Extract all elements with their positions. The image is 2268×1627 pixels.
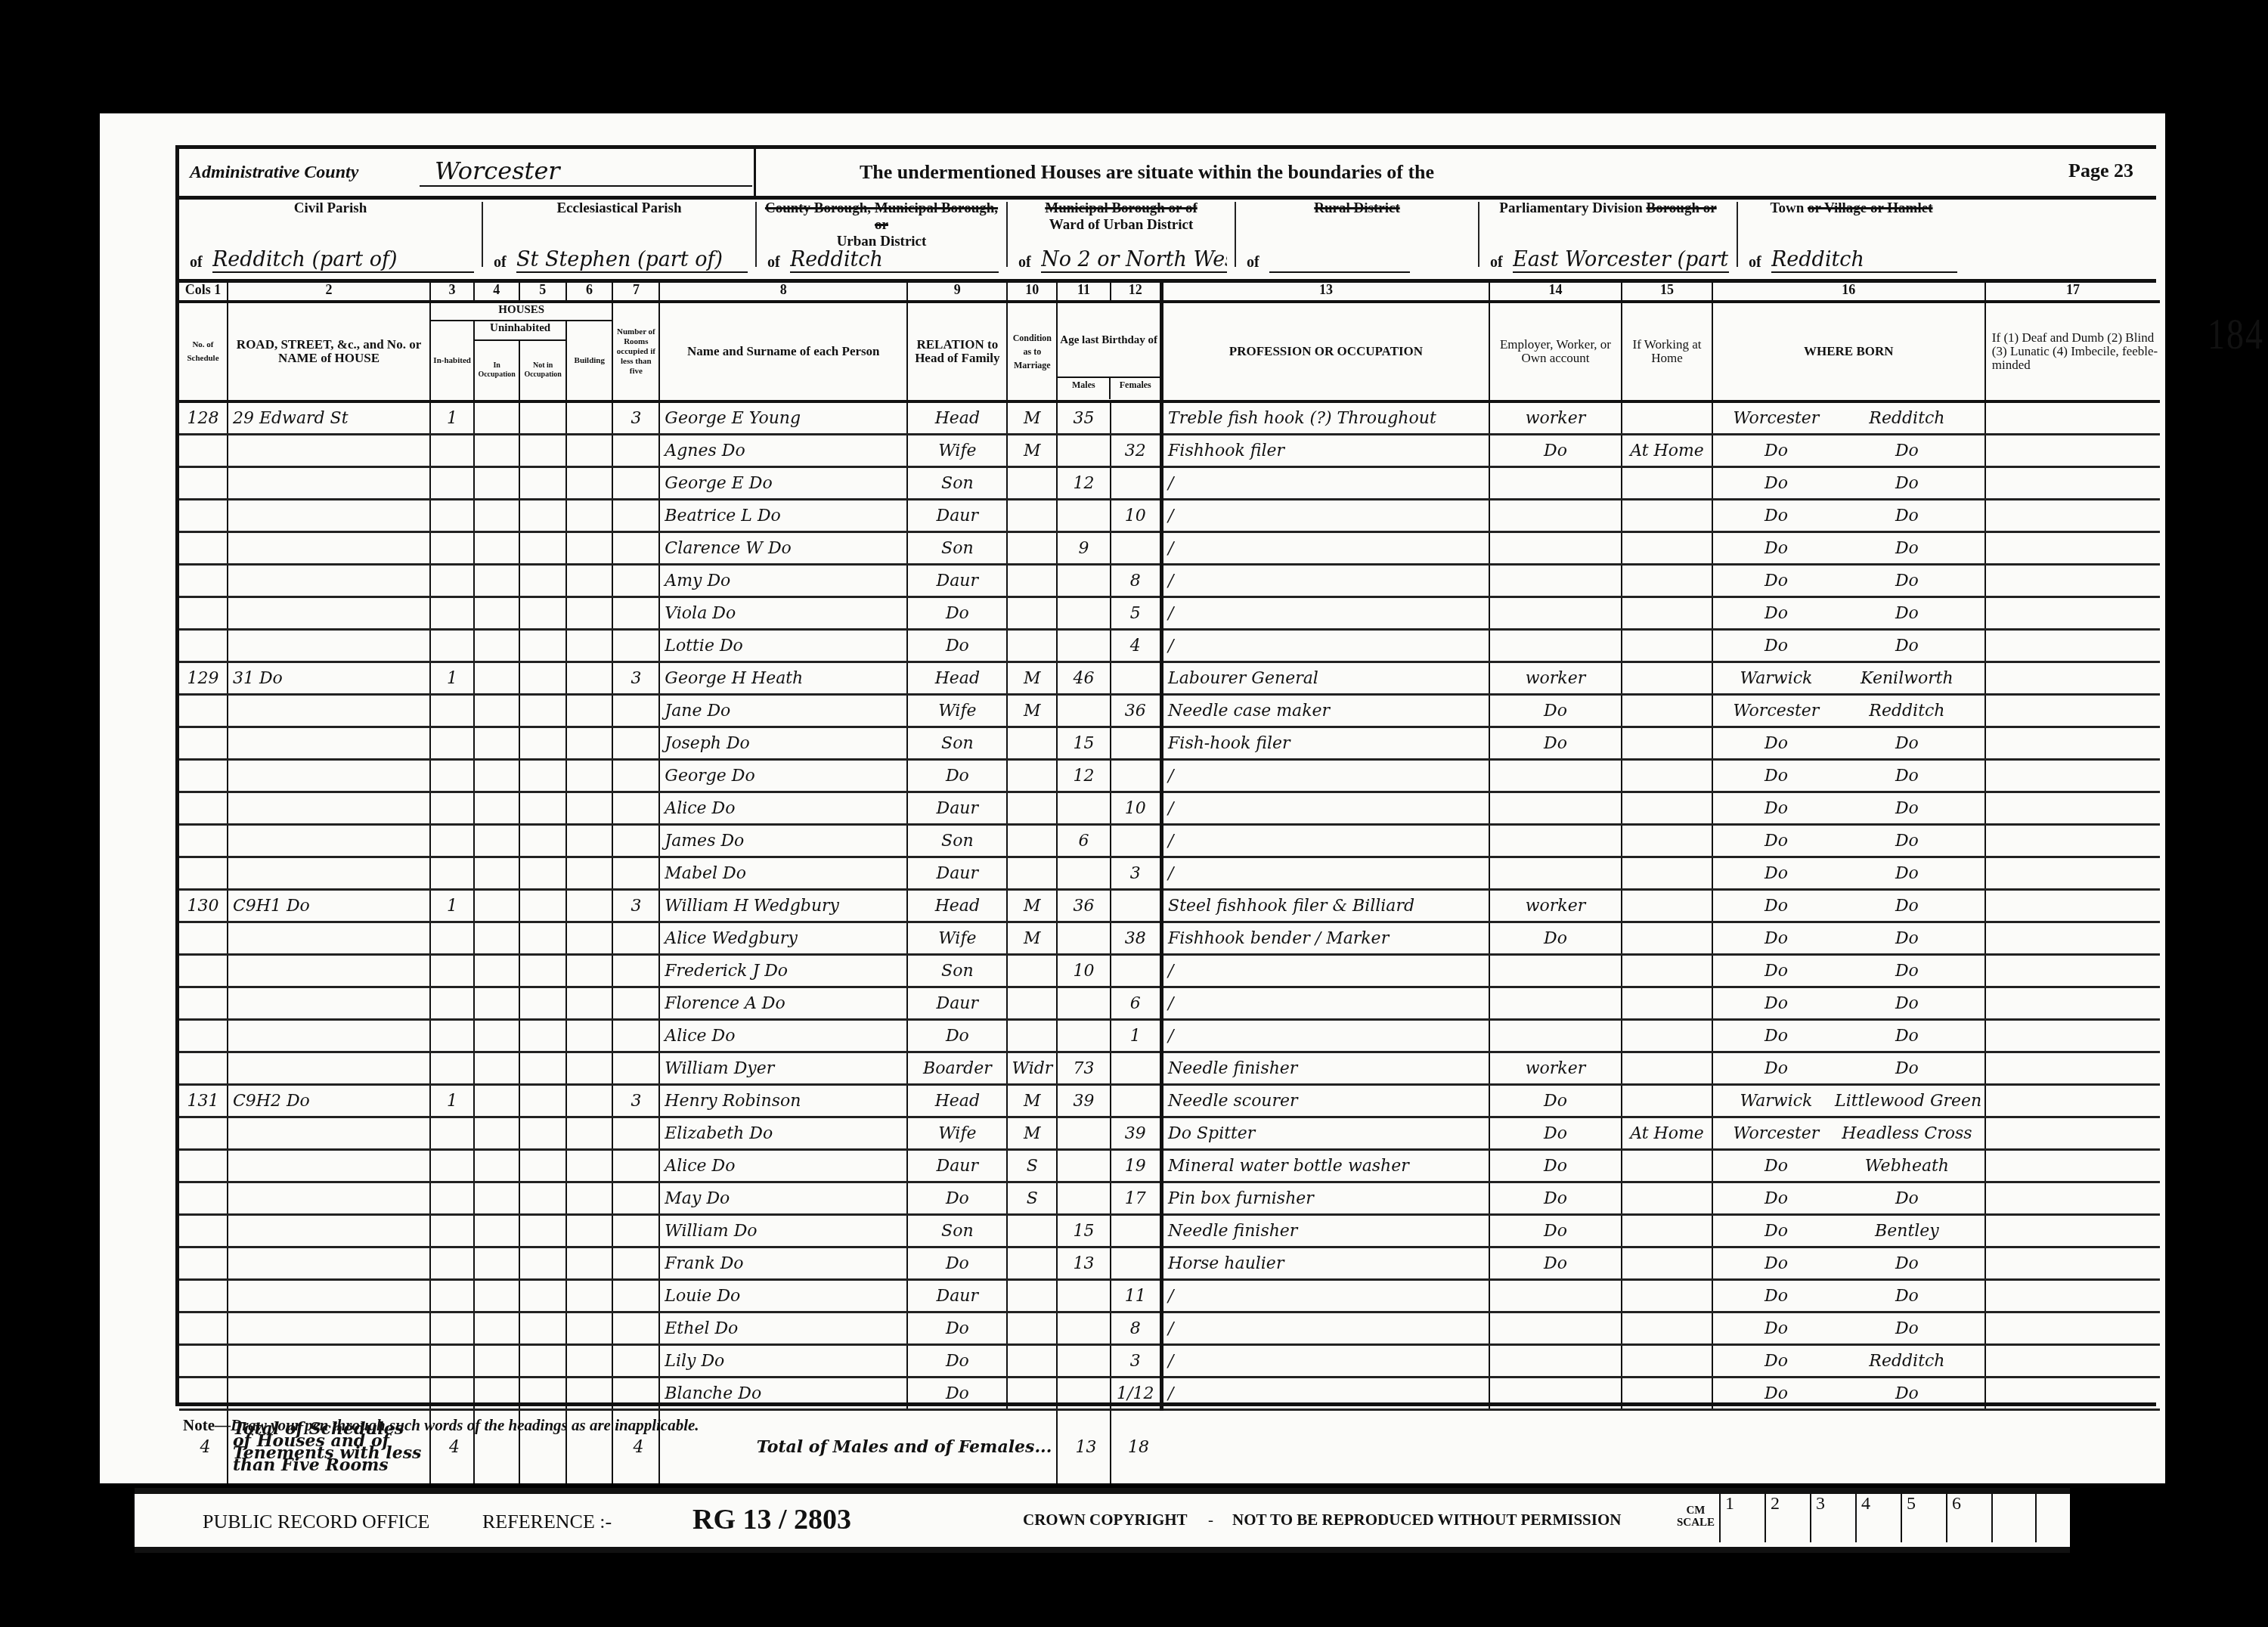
urban-district: County Borough, Municipal Borough, orUrb… — [757, 196, 1006, 279]
building — [566, 890, 613, 922]
in-occupation — [474, 467, 519, 500]
building — [566, 1280, 613, 1312]
born-place: Do — [1835, 962, 1979, 981]
form-header: Administrative County Worcester The unde… — [179, 149, 2156, 200]
not-in-occupation — [519, 1020, 566, 1052]
building — [566, 1378, 613, 1410]
male-age: 15 — [1057, 1215, 1110, 1247]
employment-status — [1489, 825, 1622, 857]
column-number: 17 — [1985, 279, 2160, 302]
employment-status: Do — [1489, 1247, 1622, 1280]
relation: Wife — [907, 922, 1007, 955]
occupation: Fishhook filer — [1162, 435, 1489, 467]
inhabited-count — [430, 695, 474, 727]
male-age: 12 — [1057, 760, 1110, 792]
person-name: Alice Do — [659, 792, 907, 825]
address — [228, 1345, 430, 1378]
male-age: 35 — [1057, 401, 1110, 435]
rooms-count — [612, 727, 659, 760]
marital-condition — [1007, 500, 1057, 532]
where-born: DoDo — [1712, 435, 1985, 467]
where-born: DoDo — [1712, 597, 1985, 630]
address — [228, 1182, 430, 1215]
occupation: / — [1162, 467, 1489, 500]
inhabited-count — [430, 532, 474, 565]
address — [228, 760, 430, 792]
employment-status — [1489, 565, 1622, 597]
rooms-count — [612, 597, 659, 630]
address — [228, 857, 430, 890]
female-age — [1111, 467, 1162, 500]
building — [566, 727, 613, 760]
infirmity — [1985, 857, 2160, 890]
relation: Son — [907, 955, 1007, 987]
schedule-number — [179, 1280, 228, 1312]
person-row: James DoSon6/DoDo — [179, 825, 2160, 857]
building — [566, 792, 613, 825]
born-county: Do — [1718, 929, 1835, 948]
in-occupation — [474, 662, 519, 695]
address — [228, 1247, 430, 1280]
header-in-occupation: In Occupation — [475, 341, 520, 400]
born-county: Do — [1718, 962, 1835, 981]
area-value — [1269, 271, 1410, 273]
female-age — [1111, 955, 1162, 987]
address — [228, 792, 430, 825]
in-occupation — [474, 630, 519, 662]
schedule-number — [179, 532, 228, 565]
address — [228, 1052, 430, 1085]
infirmity — [1985, 500, 2160, 532]
working-at-home — [1622, 500, 1712, 532]
column-number: 6 — [566, 279, 613, 302]
relation: Do — [907, 1182, 1007, 1215]
working-at-home — [1622, 630, 1712, 662]
where-born: DoDo — [1712, 1052, 1985, 1085]
employment-status — [1489, 630, 1622, 662]
born-place: Do — [1835, 637, 1979, 655]
born-county: Worcester — [1718, 1124, 1835, 1143]
infirmity — [1985, 1117, 2160, 1150]
header-inhabited: In-habited — [431, 321, 475, 400]
female-age — [1111, 1052, 1162, 1085]
struck-heading: Municipal Borough or of — [1045, 200, 1197, 216]
female-age — [1111, 662, 1162, 695]
where-born: DoDo — [1712, 1312, 1985, 1345]
schedule-number — [179, 1020, 228, 1052]
occupation: Treble fish hook (?) Throughout — [1162, 401, 1489, 435]
born-place: Do — [1835, 474, 1979, 493]
marital-condition — [1007, 825, 1057, 857]
inhabited-count — [430, 435, 474, 467]
infirmity — [1985, 1052, 2160, 1085]
header-infirmity: If (1) Deaf and Dumb (2) Blind (3) Lunat… — [1985, 302, 2160, 401]
inhabited-count — [430, 760, 474, 792]
where-born: DoWebheath — [1712, 1150, 1985, 1182]
rooms-count: 3 — [612, 1085, 659, 1117]
working-at-home: At Home — [1622, 1117, 1712, 1150]
born-county: Worcester — [1718, 409, 1835, 428]
in-occupation — [474, 695, 519, 727]
occupation: / — [1162, 825, 1489, 857]
employment-status — [1489, 1312, 1622, 1345]
not-in-occupation — [519, 695, 566, 727]
female-age — [1111, 401, 1162, 435]
building — [566, 1215, 613, 1247]
in-occupation — [474, 825, 519, 857]
infirmity — [1985, 1085, 2160, 1117]
person-name: Agnes Do — [659, 435, 907, 467]
male-age — [1057, 857, 1110, 890]
rooms-count — [612, 500, 659, 532]
person-row: Elizabeth DoWifeM39Do SpitterDoAt HomeWo… — [179, 1117, 2160, 1150]
column-number: 15 — [1622, 279, 1712, 302]
working-at-home — [1622, 857, 1712, 890]
area-heading: Town or Village or Hamlet — [1738, 200, 1965, 217]
in-occupation — [474, 401, 519, 435]
schedule-number: 131 — [179, 1085, 228, 1117]
in-occupation — [474, 1182, 519, 1215]
born-place: Do — [1835, 799, 1979, 818]
relation: Do — [907, 1312, 1007, 1345]
born-county: Do — [1718, 507, 1835, 525]
male-age: 46 — [1057, 662, 1110, 695]
schedule-number — [179, 857, 228, 890]
employment-status — [1489, 955, 1622, 987]
area-heading-text: Ward of Urban District — [1049, 217, 1194, 233]
male-age — [1057, 500, 1110, 532]
person-name: Frank Do — [659, 1247, 907, 1280]
in-occupation — [474, 727, 519, 760]
male-age: 73 — [1057, 1052, 1110, 1085]
person-name: George H Heath — [659, 662, 907, 695]
female-age: 11 — [1111, 1280, 1162, 1312]
scale-mark — [1991, 1494, 2037, 1542]
rooms-count — [612, 1052, 659, 1085]
person-row: Joseph DoSon15Fish-hook filerDoDoDo — [179, 727, 2160, 760]
born-place: Littlewood Green — [1835, 1092, 1979, 1111]
occupation: Labourer General — [1162, 662, 1489, 695]
working-at-home — [1622, 532, 1712, 565]
relation: Do — [907, 1378, 1007, 1410]
rooms-count: 3 — [612, 662, 659, 695]
schedule-number — [179, 1345, 228, 1378]
occupation: Steel fishhook filer & Billiard — [1162, 890, 1489, 922]
inhabited-count: 1 — [430, 401, 474, 435]
person-row: Alice WedgburyWifeM38Fishhook bender / M… — [179, 922, 2160, 955]
building — [566, 857, 613, 890]
where-born: DoDo — [1712, 760, 1985, 792]
schedule-number — [179, 1247, 228, 1280]
occupation: / — [1162, 1345, 1489, 1378]
relation: Wife — [907, 435, 1007, 467]
header-houses: HOUSES In-habited Uninhabited In Occupat… — [430, 302, 612, 401]
born-county: Do — [1718, 572, 1835, 590]
born-county: Do — [1718, 442, 1835, 460]
female-age: 5 — [1111, 597, 1162, 630]
not-in-occupation — [519, 1085, 566, 1117]
admin-county-value: Worcester — [420, 157, 752, 187]
person-name: Lily Do — [659, 1345, 907, 1378]
born-county: Do — [1718, 1287, 1835, 1306]
relation: Son — [907, 1215, 1007, 1247]
infirmity — [1985, 1345, 2160, 1378]
column-number: 2 — [228, 279, 430, 302]
female-age: 39 — [1111, 1117, 1162, 1150]
where-born: DoDo — [1712, 825, 1985, 857]
working-at-home — [1622, 922, 1712, 955]
building — [566, 987, 613, 1020]
scale-mark: 2 — [1765, 1494, 1810, 1542]
female-age — [1111, 1215, 1162, 1247]
building — [566, 1345, 613, 1378]
of-label: of — [1490, 254, 1503, 271]
person-row: Viola DoDo5/DoDo — [179, 597, 2160, 630]
relation: Head — [907, 401, 1007, 435]
not-in-occupation — [519, 727, 566, 760]
inhabited-count — [430, 857, 474, 890]
inhabited-count — [430, 922, 474, 955]
infirmity — [1985, 1280, 2160, 1312]
building — [566, 825, 613, 857]
not-in-occupation — [519, 401, 566, 435]
marital-condition: M — [1007, 890, 1057, 922]
infirmity — [1985, 1215, 2160, 1247]
civil-parish: Civil Parish of Redditch (part of) — [179, 196, 482, 279]
person-name: Joseph Do — [659, 727, 907, 760]
male-age — [1057, 435, 1110, 467]
header-occupation: PROFESSION OR OCCUPATION — [1162, 302, 1489, 401]
person-row: May DoDoS17Pin box furnisherDoDoDo — [179, 1182, 2160, 1215]
header-relation: RELATION to Head of Family — [907, 302, 1007, 401]
schedule-number — [179, 630, 228, 662]
infirmity — [1985, 727, 2160, 760]
area-value: Redditch (part of) — [212, 248, 474, 273]
area-heading: Civil Parish — [179, 200, 482, 217]
header-building: Building — [567, 321, 612, 400]
schedule-number — [179, 1150, 228, 1182]
building — [566, 630, 613, 662]
rooms-count — [612, 565, 659, 597]
in-occupation — [474, 792, 519, 825]
totals-blank — [1162, 1410, 2160, 1484]
person-name: Beatrice L Do — [659, 500, 907, 532]
marital-condition: S — [1007, 1150, 1057, 1182]
address: 31 Do — [228, 662, 430, 695]
person-name: Jane Do — [659, 695, 907, 727]
address — [228, 532, 430, 565]
building — [566, 1312, 613, 1345]
female-age: 10 — [1111, 500, 1162, 532]
marital-condition — [1007, 630, 1057, 662]
male-age — [1057, 922, 1110, 955]
person-name: Ethel Do — [659, 1312, 907, 1345]
occupation: / — [1162, 1280, 1489, 1312]
schedule-number — [179, 695, 228, 727]
working-at-home — [1622, 1280, 1712, 1312]
in-occupation — [474, 890, 519, 922]
infirmity — [1985, 532, 2160, 565]
born-place: Do — [1835, 539, 1979, 558]
occupation: Fish-hook filer — [1162, 727, 1489, 760]
area-fields: Civil Parish of Redditch (part of) Eccle… — [179, 196, 2156, 283]
building — [566, 1052, 613, 1085]
address — [228, 630, 430, 662]
address — [228, 1378, 430, 1410]
born-county: Do — [1718, 604, 1835, 623]
town: Town or Village or Hamlet of Redditch — [1738, 196, 1965, 279]
header-name: Name and Surname of each Person — [659, 302, 907, 401]
female-age — [1111, 1247, 1162, 1280]
occupation: / — [1162, 597, 1489, 630]
schedule-number — [179, 922, 228, 955]
inhabited-count — [430, 825, 474, 857]
person-row: Alice DoDaurS19Mineral water bottle wash… — [179, 1150, 2160, 1182]
ecclesiastical-parish: Ecclesiastical Parish of St Stephen (par… — [483, 196, 755, 279]
person-row: Mabel DoDaur3/DoDo — [179, 857, 2160, 890]
address — [228, 825, 430, 857]
relation: Wife — [907, 1117, 1007, 1150]
person-row: Amy DoDaur8/DoDo — [179, 565, 2160, 597]
schedule-number — [179, 1182, 228, 1215]
relation: Daur — [907, 1280, 1007, 1312]
rooms-count — [612, 1345, 659, 1378]
in-occupation — [474, 1312, 519, 1345]
person-name: Alice Do — [659, 1020, 907, 1052]
of-label: of — [1749, 254, 1761, 271]
column-number: 11 — [1057, 279, 1110, 302]
marital-condition — [1007, 1247, 1057, 1280]
not-in-occupation — [519, 987, 566, 1020]
of-label: of — [767, 254, 780, 271]
infirmity — [1985, 955, 2160, 987]
person-name: Elizabeth Do — [659, 1117, 907, 1150]
relation: Do — [907, 760, 1007, 792]
scale-mark: 6 — [1946, 1494, 1991, 1542]
infirmity — [1985, 987, 2160, 1020]
person-name: May Do — [659, 1182, 907, 1215]
building — [566, 1182, 613, 1215]
person-row: Alice DoDaur10/DoDo — [179, 792, 2160, 825]
schedule-number — [179, 760, 228, 792]
building — [566, 1150, 613, 1182]
infirmity — [1985, 1312, 2160, 1345]
born-place: Do — [1835, 994, 1979, 1013]
working-at-home — [1622, 825, 1712, 857]
person-name: Florence A Do — [659, 987, 907, 1020]
where-born: DoDo — [1712, 467, 1985, 500]
employment-status — [1489, 792, 1622, 825]
not-in-occupation — [519, 467, 566, 500]
marital-condition — [1007, 467, 1057, 500]
rooms-count — [612, 857, 659, 890]
marital-condition: M — [1007, 695, 1057, 727]
born-county: Do — [1718, 1352, 1835, 1371]
male-age — [1057, 597, 1110, 630]
not-in-occupation — [519, 1182, 566, 1215]
schedule-number — [179, 435, 228, 467]
cm-scale-label: CM SCALE — [1677, 1505, 1715, 1529]
folio-number: 184 — [2208, 308, 2264, 358]
where-born: WorcesterRedditch — [1712, 695, 1985, 727]
relation: Do — [907, 1345, 1007, 1378]
employment-status: worker — [1489, 662, 1622, 695]
female-age: 3 — [1111, 857, 1162, 890]
person-name: William H Wedgbury — [659, 890, 907, 922]
schedule-number — [179, 955, 228, 987]
rooms-count — [612, 467, 659, 500]
female-age: 38 — [1111, 922, 1162, 955]
where-born: DoDo — [1712, 1280, 1985, 1312]
relation: Daur — [907, 857, 1007, 890]
person-row: Frederick J DoSon10/DoDo — [179, 955, 2160, 987]
person-row: Agnes DoWifeM32Fishhook filerDoAt HomeDo… — [179, 435, 2160, 467]
where-born: DoRedditch — [1712, 1345, 1985, 1378]
schedule-number — [179, 825, 228, 857]
header-employer: Employer, Worker, or Own account — [1489, 302, 1622, 401]
address — [228, 1280, 430, 1312]
in-occupation — [474, 1085, 519, 1117]
address: 29 Edward St — [228, 401, 430, 435]
male-age: 6 — [1057, 825, 1110, 857]
infirmity — [1985, 565, 2160, 597]
rooms-count — [612, 1215, 659, 1247]
working-at-home — [1622, 695, 1712, 727]
struck-heading: Rural District — [1314, 200, 1399, 216]
female-age — [1111, 1085, 1162, 1117]
relation: Son — [907, 825, 1007, 857]
occupation: Do Spitter — [1162, 1117, 1489, 1150]
reproduction-notice: NOT TO BE REPRODUCED WITHOUT PERMISSION — [1232, 1511, 1621, 1529]
employment-status: Do — [1489, 1215, 1622, 1247]
occupation: Fishhook bender / Marker — [1162, 922, 1489, 955]
inhabited-count — [430, 500, 474, 532]
in-occupation — [474, 857, 519, 890]
born-county: Do — [1718, 897, 1835, 916]
inhabited-count — [430, 565, 474, 597]
working-at-home — [1622, 1150, 1712, 1182]
working-at-home — [1622, 1020, 1712, 1052]
employment-status — [1489, 1378, 1622, 1410]
address — [228, 1117, 430, 1150]
occupation: / — [1162, 565, 1489, 597]
employment-status — [1489, 597, 1622, 630]
person-row: Clarence W DoSon9/DoDo — [179, 532, 2160, 565]
rooms-count — [612, 435, 659, 467]
person-row: Lily DoDo3/DoRedditch — [179, 1345, 2160, 1378]
born-place: Redditch — [1835, 1352, 1979, 1371]
address — [228, 565, 430, 597]
building — [566, 1085, 613, 1117]
column-number: 14 — [1489, 279, 1622, 302]
person-name: Louie Do — [659, 1280, 907, 1312]
not-in-occupation — [519, 500, 566, 532]
marital-condition — [1007, 1345, 1057, 1378]
not-in-occupation — [519, 1280, 566, 1312]
person-row: William DoSon15Needle finisherDoDoBentle… — [179, 1215, 2160, 1247]
female-age — [1111, 760, 1162, 792]
born-county: Do — [1718, 1222, 1835, 1241]
address — [228, 597, 430, 630]
rooms-count — [612, 922, 659, 955]
where-born: DoDo — [1712, 1020, 1985, 1052]
relation: Head — [907, 890, 1007, 922]
infirmity — [1985, 890, 2160, 922]
address — [228, 435, 430, 467]
area-heading: Municipal Borough or ofWard of Urban Dis… — [1008, 200, 1235, 234]
person-name: Lottie Do — [659, 630, 907, 662]
separator: - — [1208, 1511, 1213, 1529]
